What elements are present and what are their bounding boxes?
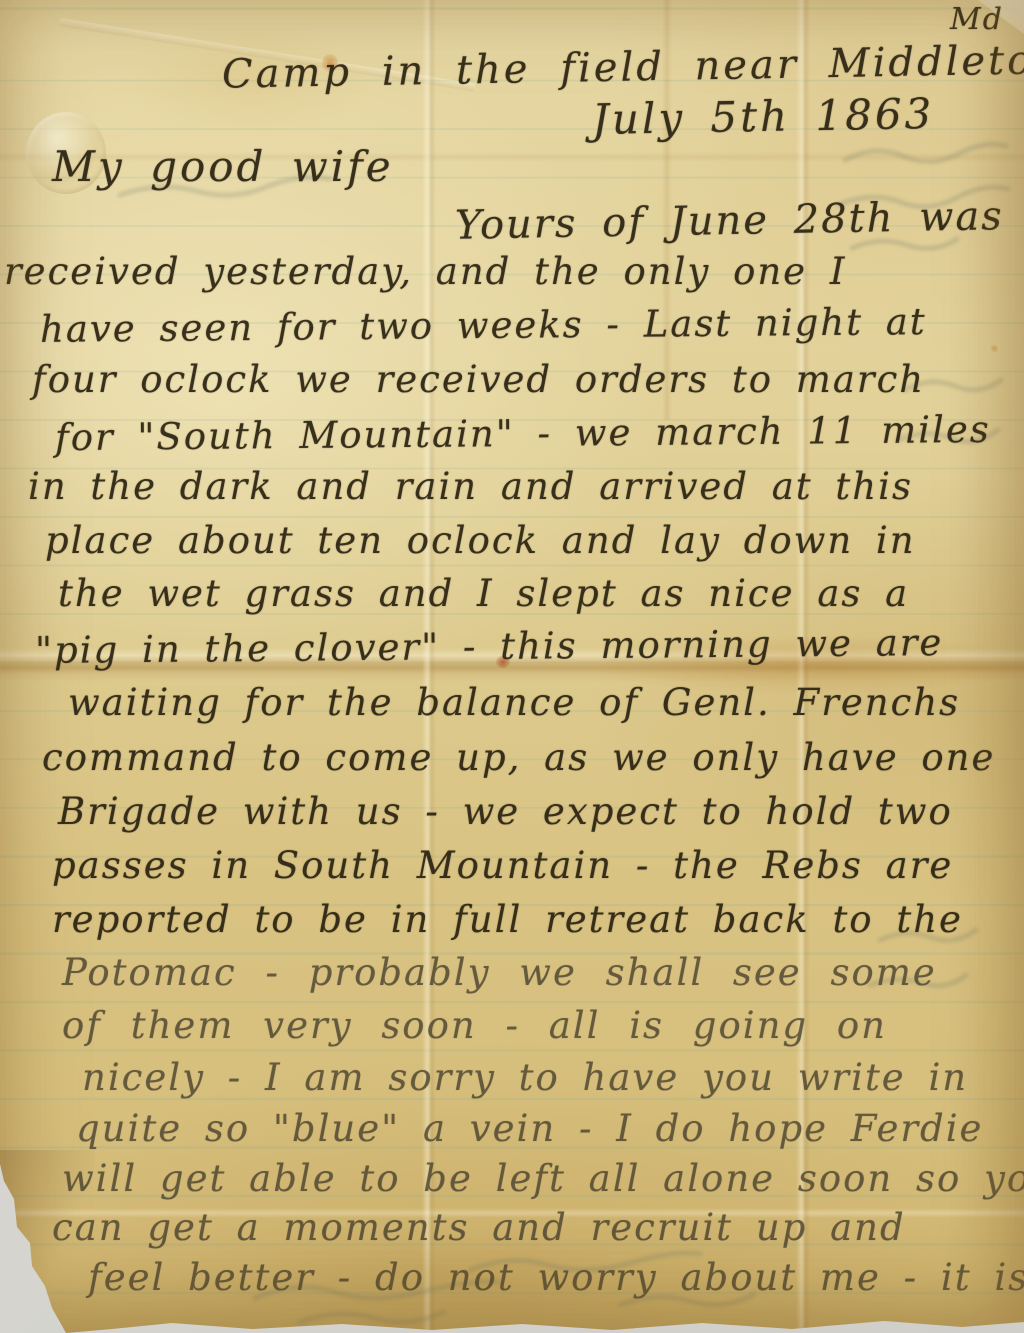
letter-paper: Md Camp in the field near Middletown Jul… xyxy=(0,0,1024,1333)
scanned-letter-page: { "scan": { "background_color": "#d8d7d2… xyxy=(0,0,1024,1333)
paper-vignette xyxy=(0,0,1024,1333)
